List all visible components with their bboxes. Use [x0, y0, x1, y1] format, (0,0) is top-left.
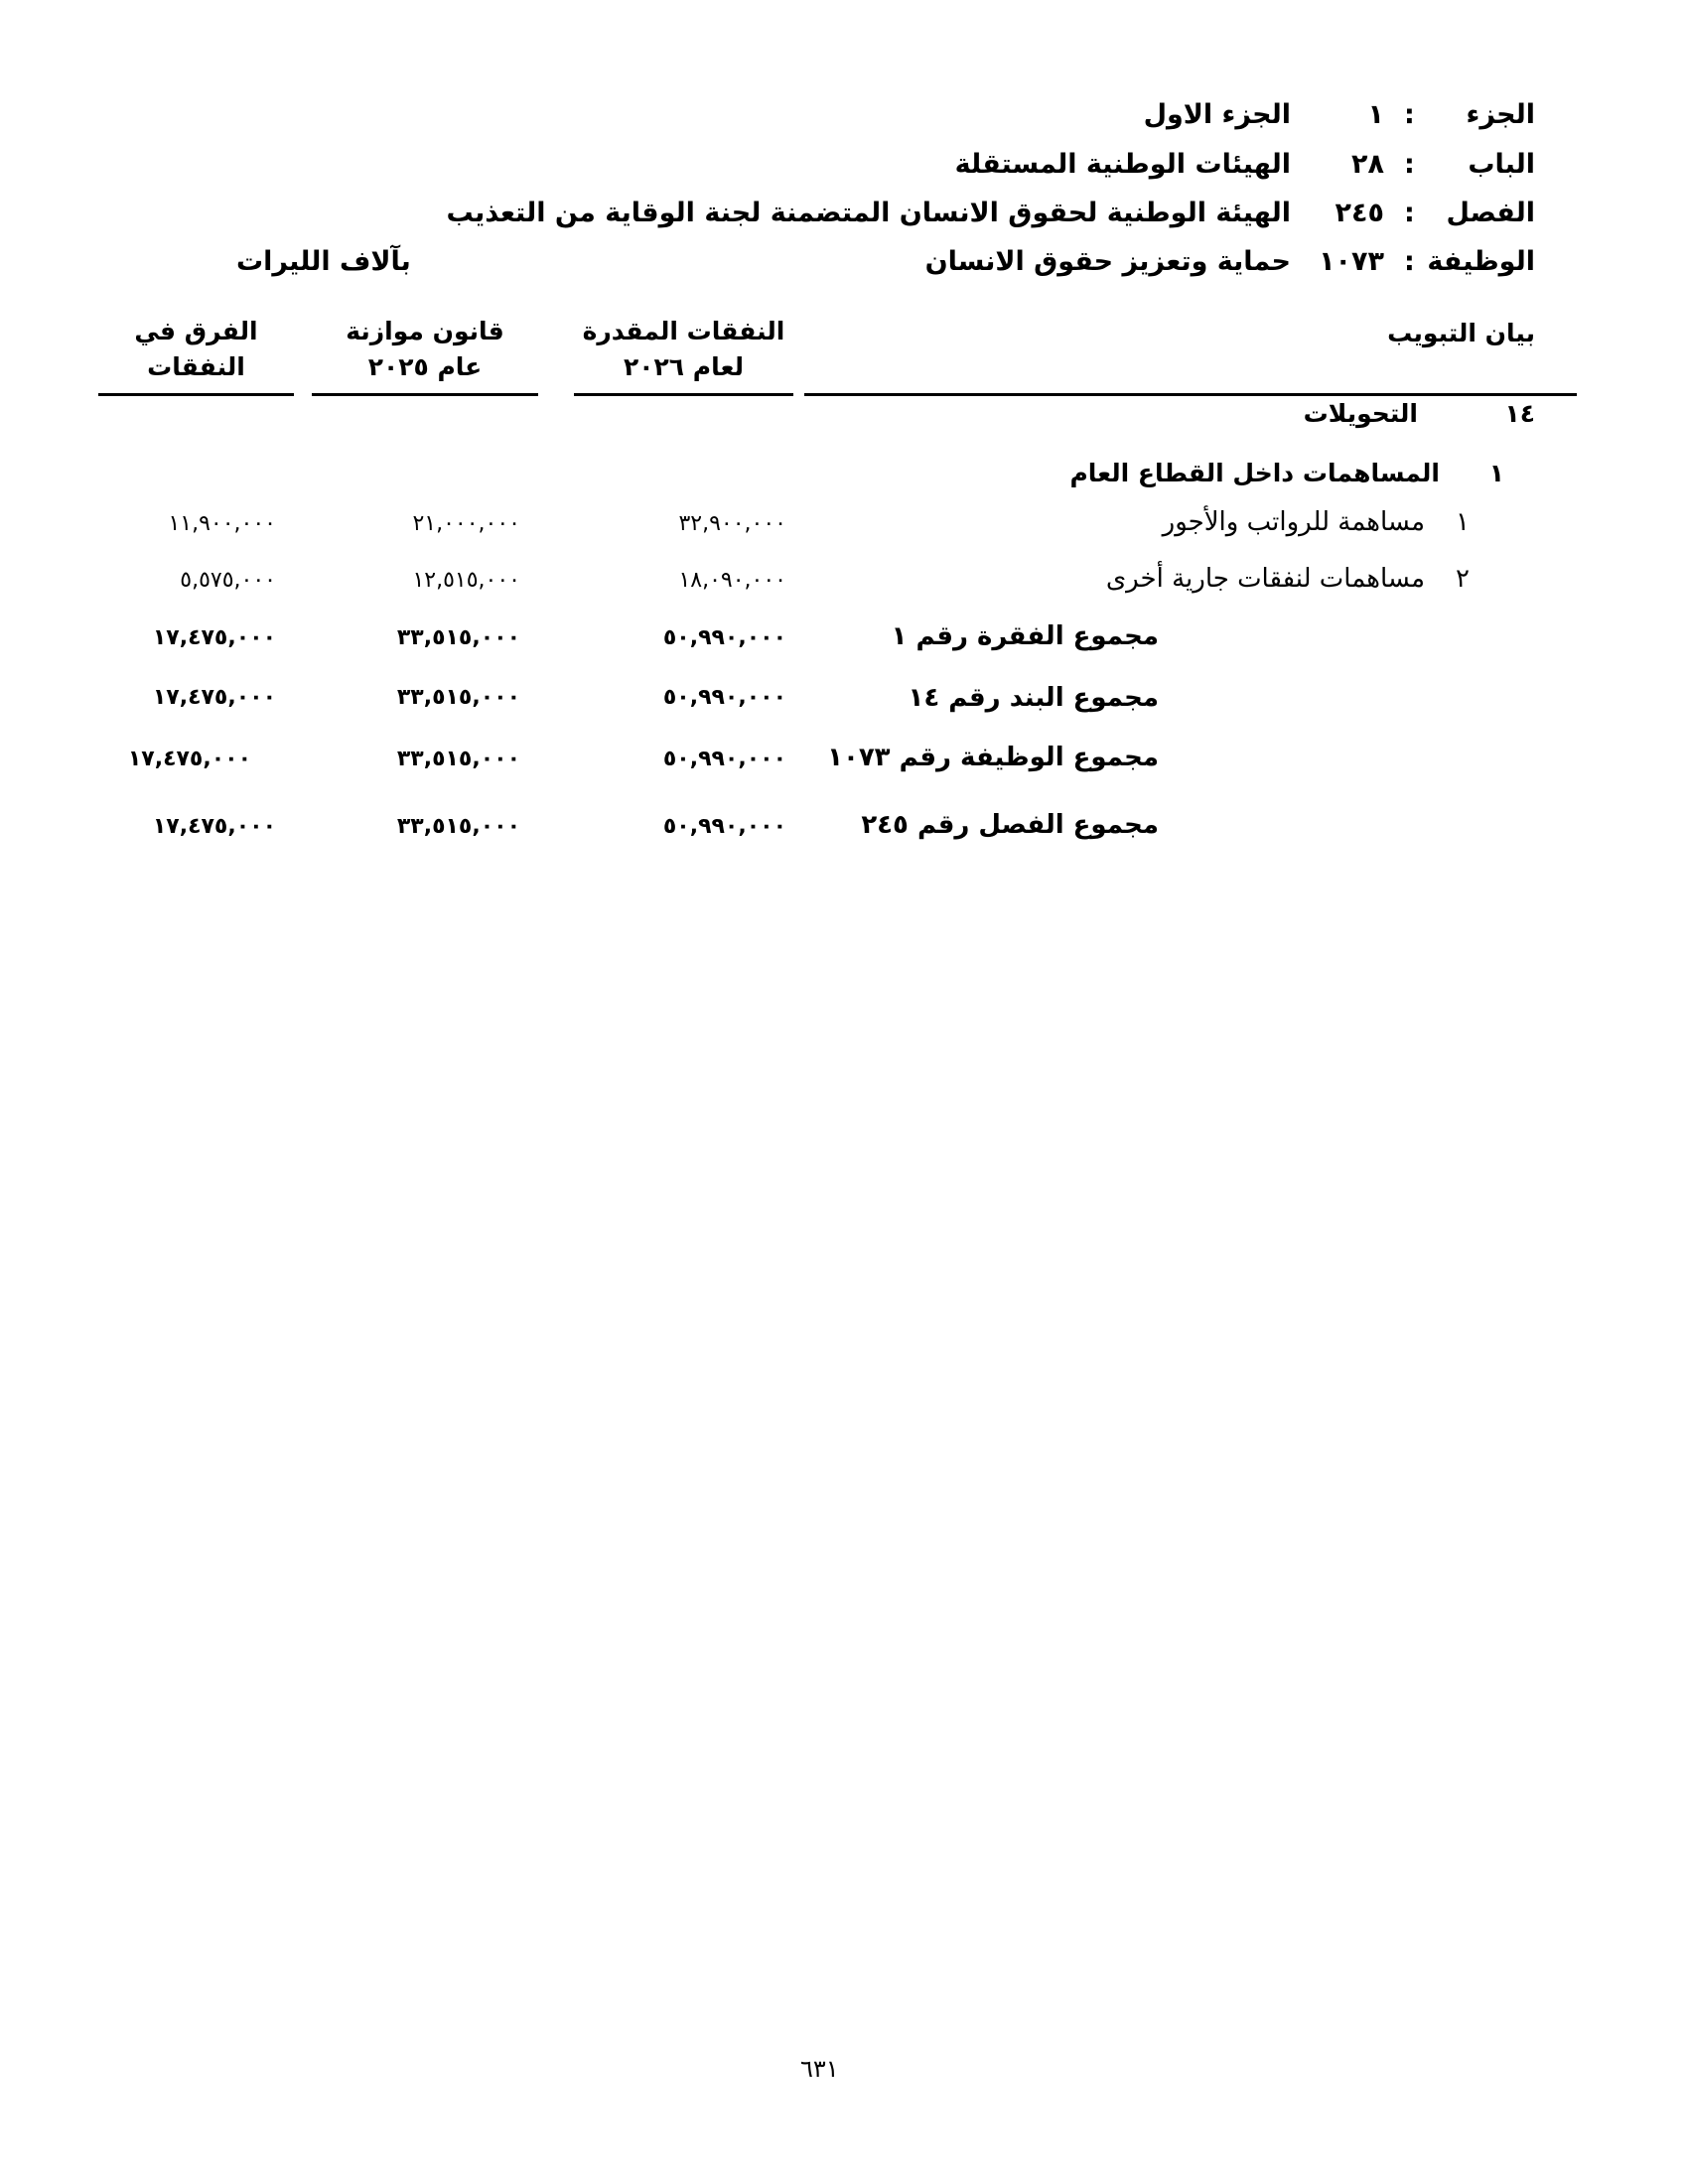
item-difference: ١١,٩٠٠,٠٠٠	[168, 511, 276, 536]
column-header-budget-2025: قانون موازنة عام ٢٠٢٥	[312, 314, 538, 385]
header-text-function: حماية وتعزيز حقوق الانسان	[925, 246, 1291, 277]
total-difference: ١٧,٤٧٥,٠٠٠	[153, 685, 276, 710]
item-label: مساهمة للرواتب والأجور	[1163, 507, 1425, 537]
column-header-difference-line2: النفقات	[98, 349, 294, 385]
total-estimate-2026: ٥٠,٩٩٠,٠٠٠	[663, 685, 786, 710]
header-colon: :	[1404, 246, 1415, 277]
header-code-chapter: ٢٨	[1351, 149, 1384, 180]
subsection-label: المساهمات داخل القطاع العام	[1069, 459, 1440, 487]
column-header-difference: الفرق في النفقات	[98, 314, 294, 385]
column-header-description-line1: بيان التبويب	[1387, 316, 1535, 351]
total-label: مجموع الفقرة رقم ١	[892, 621, 1159, 651]
header-text-chapter: الهيئات الوطنية المستقلة	[955, 149, 1291, 180]
total-estimate-2026: ٥٠,٩٩٠,٠٠٠	[663, 625, 786, 650]
section-label: التحويلات	[1304, 399, 1418, 428]
item-difference: ٥,٥٧٥,٠٠٠	[180, 568, 276, 593]
total-budget-2025: ٣٣,٥١٥,٠٠٠	[397, 747, 520, 771]
total-budget-2025: ٣٣,٥١٥,٠٠٠	[397, 685, 520, 710]
header-text-part: الجزء الاول	[1144, 99, 1291, 130]
total-label: مجموع الفصل رقم ٢٤٥	[861, 810, 1159, 840]
column-underline-estimate	[574, 393, 793, 396]
page-number: ٦٣١	[800, 2055, 839, 2083]
header-text-section: الهيئة الوطنية لحقوق الانسان المتضمنة لج…	[447, 198, 1292, 228]
header-colon: :	[1404, 198, 1415, 228]
item-label: مساهمات لنفقات جارية أخرى	[1106, 564, 1425, 594]
header-label-part: الجزء	[1467, 99, 1535, 130]
header-colon: :	[1404, 149, 1415, 180]
total-estimate-2026: ٥٠,٩٩٠,٠٠٠	[663, 747, 786, 771]
column-header-estimate-2026: النفقات المقدرة لعام ٢٠٢٦	[574, 314, 793, 385]
item-budget-2025: ١٢,٥١٥,٠٠٠	[412, 568, 520, 593]
header-label-section: الفصل	[1446, 198, 1535, 228]
currency-unit-label: بآلاف الليرات	[236, 246, 411, 277]
column-header-estimate-line2: لعام ٢٠٢٦	[574, 349, 793, 385]
total-label: مجموع البند رقم ١٤	[908, 683, 1159, 713]
column-header-difference-line1: الفرق في	[98, 314, 294, 349]
item-estimate-2026: ١٨,٠٩٠,٠٠٠	[678, 568, 786, 593]
header-code-part: ١	[1368, 99, 1384, 130]
total-estimate-2026: ٥٠,٩٩٠,٠٠٠	[663, 814, 786, 839]
item-code: ٢	[1456, 564, 1470, 594]
subsection-code: ١	[1489, 459, 1504, 487]
total-label: مجموع الوظيفة رقم ١٠٧٣	[827, 743, 1159, 772]
total-difference: ١٧,٤٧٥,٠٠٠	[153, 625, 276, 650]
item-code: ١	[1456, 507, 1470, 537]
item-budget-2025: ٢١,٠٠٠,٠٠٠	[412, 511, 520, 536]
column-underline-description	[804, 393, 1577, 396]
header-colon: :	[1404, 99, 1415, 130]
column-header-budget-line2: عام ٢٠٢٥	[312, 349, 538, 385]
header-label-chapter: الباب	[1468, 149, 1535, 180]
header-code-section: ٢٤٥	[1336, 198, 1384, 228]
section-code: ١٤	[1504, 399, 1535, 428]
column-header-description: بيان التبويب	[1387, 316, 1535, 351]
total-budget-2025: ٣٣,٥١٥,٠٠٠	[397, 625, 520, 650]
header-label-function: الوظيفة	[1427, 246, 1535, 277]
column-underline-budget	[312, 393, 538, 396]
column-header-estimate-line1: النفقات المقدرة	[574, 314, 793, 349]
total-difference: ١٧,٤٧٥,٠٠٠	[128, 747, 251, 771]
total-budget-2025: ٣٣,٥١٥,٠٠٠	[397, 814, 520, 839]
column-header-budget-line1: قانون موازنة	[312, 314, 538, 349]
header-code-function: ١٠٧٣	[1319, 246, 1384, 277]
column-underline-difference	[98, 393, 294, 396]
item-estimate-2026: ٣٢,٩٠٠,٠٠٠	[678, 511, 786, 536]
total-difference: ١٧,٤٧٥,٠٠٠	[153, 814, 276, 839]
